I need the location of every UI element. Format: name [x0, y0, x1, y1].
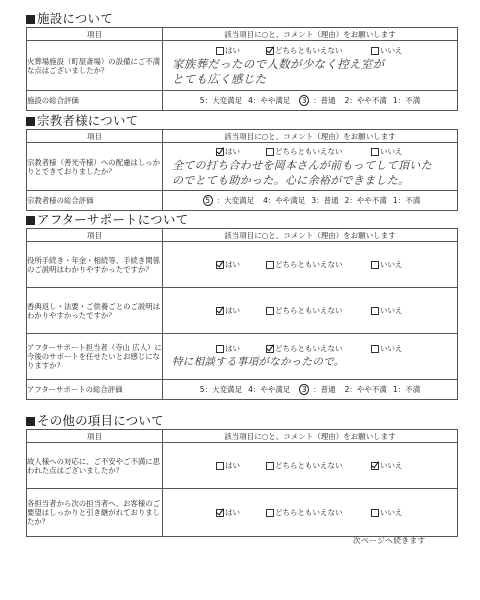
- choice-yes[interactable]: はい: [216, 460, 266, 472]
- choice-label: どちらともいえない: [275, 343, 343, 355]
- choice-label: いいえ: [380, 305, 403, 317]
- choice-label: いいえ: [380, 45, 403, 57]
- rating-option-2[interactable]: 2：やや不満: [345, 96, 387, 105]
- checkbox-icon[interactable]: [371, 261, 379, 269]
- rating-option-5-selected[interactable]: 5：大変満足: [200, 196, 257, 205]
- choice-no[interactable]: いいえ: [371, 507, 431, 519]
- choice-group: はい どちらともいえない いいえ: [163, 146, 457, 158]
- choice-yes[interactable]: はい: [216, 343, 266, 355]
- square-bullet-icon: [26, 117, 35, 126]
- rating-option-2[interactable]: 2：やや不満: [345, 196, 387, 205]
- checkbox-icon[interactable]: [216, 345, 224, 353]
- header-item: 項目: [27, 229, 163, 242]
- comment-line: とても広く感じた: [172, 72, 457, 87]
- checkbox-icon[interactable]: [371, 148, 379, 156]
- circle-mark-icon: 3: [299, 384, 309, 395]
- question-row: 火葬場施設（町屋斎場）の設備にご不満な点はございましたか？ はい どちらともいえ…: [27, 41, 458, 91]
- checkbox-checked-icon[interactable]: [216, 509, 224, 517]
- rating-scale: 5：大変満足4：やや満足3：普通2：やや不満1：不満: [163, 191, 458, 211]
- question-text: 故人様への対応に、ご不安やご不満に思われた点はございましたか？: [27, 443, 163, 489]
- circle-mark-icon: 3: [299, 95, 309, 106]
- rating-option-5[interactable]: 5：大変満足: [200, 96, 242, 105]
- choice-group: はい どちらともいえない いいえ: [163, 259, 457, 271]
- checkbox-icon[interactable]: [216, 462, 224, 470]
- section-title: 施設について: [26, 11, 458, 27]
- choice-no[interactable]: いいえ: [371, 343, 431, 355]
- rating-option-5[interactable]: 5：大変満足: [200, 385, 242, 394]
- rating-option-1[interactable]: 1：不満: [393, 96, 420, 105]
- rating-option-4[interactable]: 4：やや満足: [263, 196, 305, 205]
- checkbox-icon[interactable]: [266, 307, 274, 315]
- answer-cell: はい どちらともいえない いいえ: [163, 288, 458, 334]
- checkbox-checked-icon[interactable]: [216, 307, 224, 315]
- section-title-text: 宗教者様について: [37, 113, 138, 128]
- choice-label: どちらともいえない: [275, 259, 343, 271]
- choice-label: どちらともいえない: [275, 45, 343, 57]
- choice-neutral[interactable]: どちらともいえない: [266, 45, 371, 57]
- header-item: 項目: [27, 430, 163, 443]
- question-text: 宗教者様（善光寺様）への配慮はしっかりとできておりましたか？: [27, 143, 163, 191]
- choice-label: いいえ: [380, 507, 403, 519]
- comment-line: 全ての打ち合わせを岡本さんが前もってして頂いた: [172, 158, 457, 173]
- section-other: その他の項目について 項目 該当項目に○と、コメント（理由）をお願いします 故人…: [26, 413, 458, 537]
- header-answer: 該当項目に○と、コメント（理由）をお願いします: [163, 130, 458, 143]
- rating-label: 宗教者様の総合評価: [27, 191, 163, 211]
- comment-line: のでとても助かった。心に余裕ができました。: [172, 173, 457, 188]
- header-answer: 該当項目に○と、コメント（理由）をお願いします: [163, 229, 458, 242]
- section-title-text: アフターサポートについて: [37, 212, 188, 227]
- checkbox-icon[interactable]: [371, 47, 379, 55]
- choice-yes[interactable]: はい: [216, 305, 266, 317]
- choice-label: どちらともいえない: [275, 507, 343, 519]
- question-row: 宗教者様（善光寺様）への配慮はしっかりとできておりましたか？ はい どちらともい…: [27, 143, 458, 191]
- answer-cell: はい どちらともいえない いいえ: [163, 242, 458, 288]
- choice-no[interactable]: いいえ: [371, 259, 431, 271]
- rating-option-3-selected[interactable]: 3：普通: [296, 96, 338, 105]
- checkbox-icon[interactable]: [266, 509, 274, 517]
- choice-neutral[interactable]: どちらともいえない: [266, 259, 371, 271]
- answer-cell: はい どちらともいえない いいえ: [163, 489, 458, 537]
- choice-label: どちらともいえない: [275, 460, 343, 472]
- choice-no[interactable]: いいえ: [371, 460, 431, 472]
- section-religious: 宗教者様について 項目 該当項目に○と、コメント（理由）をお願いします 宗教者様…: [26, 113, 458, 211]
- choice-label: はい: [225, 507, 240, 519]
- checkbox-icon[interactable]: [371, 509, 379, 517]
- rating-scale: 5：大変満足4：やや満足3：普通2：やや不満1：不満: [163, 91, 458, 111]
- section-title-text: 施設について: [37, 11, 113, 26]
- choice-label: はい: [225, 259, 240, 271]
- rating-option-1[interactable]: 1：不満: [393, 385, 420, 394]
- comment-field[interactable]: 家族葬だったので人数が少なく控え室が とても広く感じた: [163, 57, 457, 87]
- checkbox-checked-icon[interactable]: [216, 261, 224, 269]
- answer-cell: はい どちらともいえない いいえ 特に相談する事項がなかったので。: [163, 334, 458, 380]
- rating-option-3[interactable]: 3：普通: [311, 196, 338, 205]
- question-row: 各担当者から次の担当者へ、お客様のご要望はしっかりと引き継がれておりましたか？ …: [27, 489, 458, 537]
- circle-mark-icon: 5: [203, 195, 213, 206]
- choice-group: はい どちらともいえない いいえ: [163, 460, 457, 472]
- checkbox-icon[interactable]: [266, 462, 274, 470]
- rating-option-1[interactable]: 1：不満: [393, 196, 420, 205]
- square-bullet-icon: [26, 417, 35, 426]
- continued-note: 次ページへ続きます: [353, 535, 426, 546]
- rating-label: 施設の総合評価: [27, 91, 163, 111]
- choice-no[interactable]: いいえ: [371, 45, 431, 57]
- choice-label: どちらともいえない: [275, 146, 343, 158]
- comment-line: 特に相談する事項がなかったので。: [172, 355, 457, 370]
- choice-yes[interactable]: はい: [216, 507, 266, 519]
- religious-table: 項目 該当項目に○と、コメント（理由）をお願いします 宗教者様（善光寺様）への配…: [26, 129, 458, 211]
- square-bullet-icon: [26, 15, 35, 24]
- answer-cell: はい どちらともいえない いいえ 全ての打ち合わせを岡本さんが前もってして頂いた…: [163, 143, 458, 191]
- section-title: アフターサポートについて: [26, 212, 458, 228]
- answer-cell: はい どちらともいえない いいえ 家族葬だったので人数が少なく控え室が とても広…: [163, 41, 458, 91]
- header-answer: 該当項目に○と、コメント（理由）をお願いします: [163, 430, 458, 443]
- choice-no[interactable]: いいえ: [371, 146, 431, 158]
- square-bullet-icon: [26, 216, 35, 225]
- facility-table: 項目 該当項目に○と、コメント（理由）をお願いします 火葬場施設（町屋斎場）の設…: [26, 27, 458, 111]
- checkbox-icon[interactable]: [216, 47, 224, 55]
- comment-line: 家族葬だったので人数が少なく控え室が: [172, 57, 457, 72]
- choice-label: いいえ: [380, 343, 403, 355]
- section-facility: 施設について 項目 該当項目に○と、コメント（理由）をお願いします 火葬場施設（…: [26, 11, 458, 111]
- question-text: 各担当者から次の担当者へ、お客様のご要望はしっかりと引き継がれておりましたか？: [27, 489, 163, 537]
- choice-label: はい: [225, 343, 240, 355]
- choice-neutral[interactable]: どちらともいえない: [266, 305, 371, 317]
- rating-option-2[interactable]: 2：やや不満: [345, 385, 387, 394]
- choice-label: いいえ: [380, 259, 403, 271]
- question-row: 香典返し・法要・ご供養ごとのご説明はわかりやすかったですか？ はい どちらともい…: [27, 288, 458, 334]
- checkbox-checked-icon[interactable]: [266, 345, 274, 353]
- choice-neutral[interactable]: どちらともいえない: [266, 343, 371, 355]
- header-item: 項目: [27, 130, 163, 143]
- header-answer: 該当項目に○と、コメント（理由）をお願いします: [163, 28, 458, 41]
- choice-label: はい: [225, 45, 240, 57]
- answer-cell: はい どちらともいえない いいえ: [163, 443, 458, 489]
- choice-no[interactable]: いいえ: [371, 305, 431, 317]
- checkbox-icon[interactable]: [371, 307, 379, 315]
- choice-yes[interactable]: はい: [216, 146, 266, 158]
- rating-option-3-selected[interactable]: 3：普通: [296, 385, 338, 394]
- choice-yes[interactable]: はい: [216, 45, 266, 57]
- section-title: その他の項目について: [26, 413, 458, 429]
- question-text: 火葬場施設（町屋斎場）の設備にご不満な点はございましたか？: [27, 41, 163, 91]
- checkbox-checked-icon[interactable]: [216, 148, 224, 156]
- rating-row: アフターサポートの総合評価 5：大変満足4：やや満足3：普通2：やや不満1：不満: [27, 380, 458, 400]
- question-text: アフターサポート担当者（寺山 広人）に今後のサポートを任せたいとお感じになります…: [27, 334, 163, 380]
- choice-neutral[interactable]: どちらともいえない: [266, 146, 371, 158]
- checkbox-icon[interactable]: [266, 148, 274, 156]
- question-text: 役所手続き・年金・相続等、手続き関係のご説明はわかりやすかったですか？: [27, 242, 163, 288]
- after-support-table: 項目 該当項目に○と、コメント（理由）をお願いします 役所手続き・年金・相続等、…: [26, 228, 458, 400]
- choice-group: はい どちらともいえない いいえ: [163, 343, 457, 355]
- checkbox-icon[interactable]: [371, 345, 379, 353]
- section-after-support: アフターサポートについて 項目 該当項目に○と、コメント（理由）をお願いします …: [26, 212, 458, 400]
- choice-label: はい: [225, 146, 240, 158]
- question-row: アフターサポート担当者（寺山 広人）に今後のサポートを任せたいとお感じになります…: [27, 334, 458, 380]
- choice-group: はい どちらともいえない いいえ: [163, 507, 457, 519]
- question-row: 役所手続き・年金・相続等、手続き関係のご説明はわかりやすかったですか？ はい ど…: [27, 242, 458, 288]
- choice-label: いいえ: [380, 460, 403, 472]
- question-text: 香典返し・法要・ご供養ごとのご説明はわかりやすかったですか？: [27, 288, 163, 334]
- choice-group: はい どちらともいえない いいえ: [163, 45, 457, 57]
- other-table: 項目 該当項目に○と、コメント（理由）をお願いします 故人様への対応に、ご不安や…: [26, 429, 458, 537]
- comment-field[interactable]: 特に相談する事項がなかったので。: [163, 355, 457, 370]
- choice-label: どちらともいえない: [275, 305, 343, 317]
- choice-yes[interactable]: はい: [216, 259, 266, 271]
- section-title-text: その他の項目について: [37, 413, 164, 428]
- choice-neutral[interactable]: どちらともいえない: [266, 507, 371, 519]
- rating-option-4[interactable]: 4：やや満足: [248, 385, 290, 394]
- rating-option-4[interactable]: 4：やや満足: [248, 96, 290, 105]
- rating-row: 宗教者様の総合評価 5：大変満足4：やや満足3：普通2：やや不満1：不満: [27, 191, 458, 211]
- choice-label: いいえ: [380, 146, 403, 158]
- checkbox-checked-icon[interactable]: [266, 47, 274, 55]
- section-title: 宗教者様について: [26, 113, 458, 129]
- choice-group: はい どちらともいえない いいえ: [163, 305, 457, 317]
- header-item: 項目: [27, 28, 163, 41]
- choice-neutral[interactable]: どちらともいえない: [266, 460, 371, 472]
- question-row: 故人様への対応に、ご不安やご不満に思われた点はございましたか？ はい どちらとも…: [27, 443, 458, 489]
- checkbox-checked-icon[interactable]: [371, 462, 379, 470]
- checkbox-icon[interactable]: [266, 261, 274, 269]
- rating-scale: 5：大変満足4：やや満足3：普通2：やや不満1：不満: [163, 380, 458, 400]
- rating-row: 施設の総合評価 5：大変満足4：やや満足3：普通2：やや不満1：不満: [27, 91, 458, 111]
- rating-label: アフターサポートの総合評価: [27, 380, 163, 400]
- choice-label: はい: [225, 305, 240, 317]
- comment-field[interactable]: 全ての打ち合わせを岡本さんが前もってして頂いた のでとても助かった。心に余裕がで…: [163, 158, 457, 188]
- choice-label: はい: [225, 460, 240, 472]
